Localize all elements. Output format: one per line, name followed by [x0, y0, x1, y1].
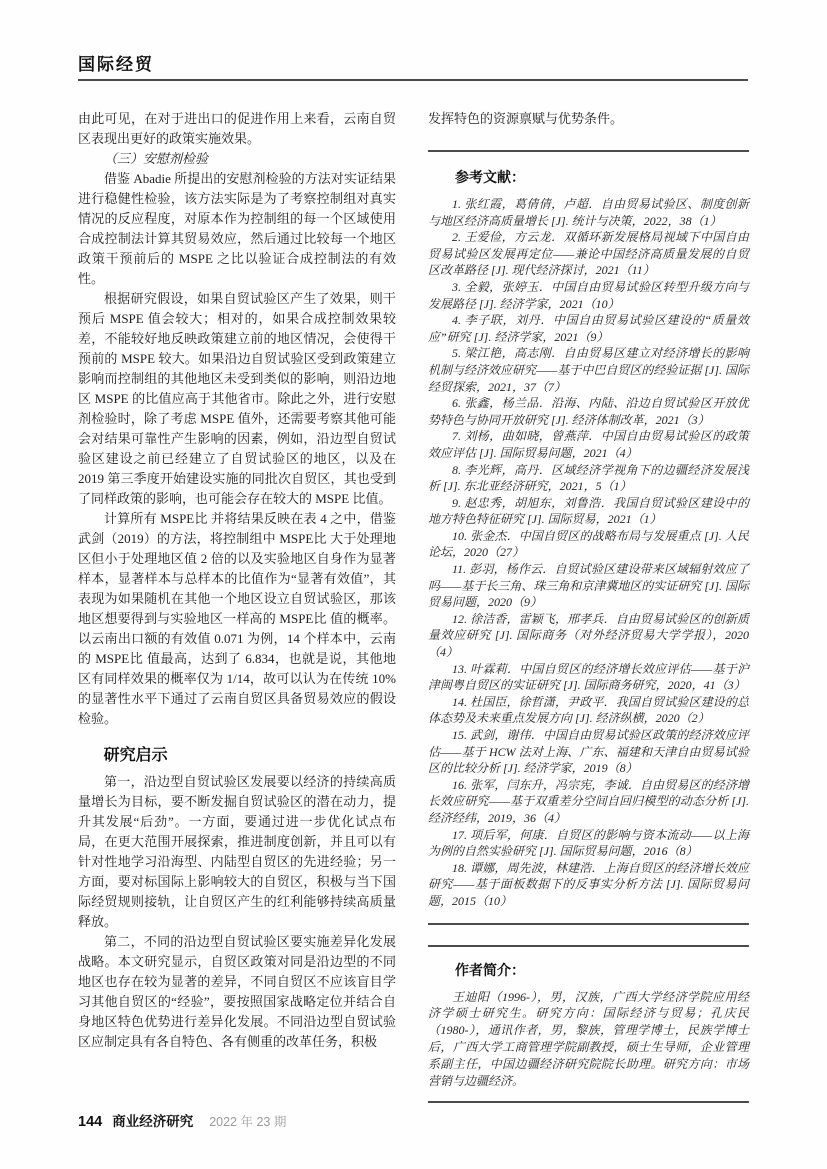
reference-item: 15. 武剑，谢伟．中国自由贸易试验区政策的经济效应评估——基于 HCW 法对上…: [428, 727, 749, 777]
paragraph-intro: 由此可见，在对于进出口的促进作用上来看，云南自贸区表现出更好的政策实施效果。: [78, 109, 396, 149]
reference-item: 11. 彭羽，杨作云．自贸试验区建设带来区域辐射效应了吗——基于长三角、珠三角和…: [428, 561, 749, 611]
issue-info: 2022 年 23 期: [209, 1115, 286, 1129]
reference-item: 14. 杜国臣，徐哲潇，尹政平．我国自贸试验区建设的总体态势及未来重点发展方向 …: [428, 694, 749, 727]
reference-item: 1. 张红霞，葛倩倩，卢超．自由贸易试验区、制度创新与地区经济高质量增长 [J]…: [428, 196, 749, 229]
reference-item: 10. 张金杰．中国自贸区的战略布局与发展重点 [J]. 人民论坛，2020（2…: [428, 528, 749, 561]
paragraph: 计算所有 MSPE比 并将结果反映在表 4 之中，借鉴武剑（2019）的方法，将…: [78, 509, 396, 729]
journal-name: 商业经济研究: [112, 1114, 193, 1129]
author-bio-box: 作者简介： 王迪阳（1996-），男，汉族，广西大学经济学院应用经济学硕士研究生…: [428, 945, 749, 1104]
reference-item: 18. 谭娜，周先波，林建浩．上海自贸区的经济增长效应研究——基于面板数据下的反…: [428, 860, 749, 910]
references-heading: 参考文献：: [455, 167, 749, 187]
section-label: 国际经贸: [78, 50, 154, 75]
reference-item: 16. 张军，闫东升，冯宗宪，李诚．自由贸易区的经济增长效应研究——基于双重差分…: [428, 777, 749, 827]
page-number: 144: [78, 1114, 102, 1130]
header-divider: [78, 79, 748, 81]
reference-item: 13. 叶霖莉．中国自贸区的经济增长效应评估——基于沪津闽粤自贸区的实证研究 […: [428, 661, 749, 694]
reference-item: 12. 徐洁香，雷颖飞，邢孝兵．自由贸易试验区的创新质量效应研究 [J]. 国际…: [428, 611, 749, 661]
reference-item: 4. 李子联，刘丹．中国自由贸易试验区建设的“质量效应”研究 [J]. 经济学家…: [428, 312, 749, 345]
reference-item: 17. 项后军，何康．自贸区的影响与资本流动——以上海为例的自然实验研究 [J]…: [428, 827, 749, 860]
paragraph: 借鉴 Abadie 所提出的安慰剂检验的方法对实证结果进行稳健性检验，该方法实际…: [78, 169, 396, 289]
paragraph: 根据研究假设，如果自贸试验区产生了效果，则干预后 MSPE 值会较大；相对的，如…: [78, 289, 396, 509]
page-footer: 144商业经济研究2022 年 23 期: [78, 1110, 286, 1130]
reference-item: 9. 赵忠秀，胡旭东，刘鲁浩．我国自贸试验区建设中的地方特色特征研究 [J]. …: [428, 495, 749, 528]
journal-page: 国际经贸 由此可见，在对于进出口的促进作用上来看，云南自贸区表现出更好的政策实施…: [0, 0, 827, 1169]
paragraph: 第二，不同的沿边型自贸试验区要实施差异化发展战略。本文研究显示，自贸区政策对同是…: [78, 932, 396, 1052]
subsection-heading: （三）安慰剂检验: [78, 149, 396, 169]
reference-item: 8. 李光辉，高丹．区域经济学视角下的边疆经济发展浅析 [J]. 东北亚经济研究…: [428, 462, 749, 495]
reference-item: 5. 梁江艳，高志刚．自由贸易区建立对经济增长的影响机制与经济效应研究——基于中…: [428, 345, 749, 395]
author-bio-heading: 作者简介：: [455, 960, 749, 980]
paragraph: 第一，沿边型自贸试验区发展要以经济的持续高质量增长为目标，要不断发掘自贸试验区的…: [78, 772, 396, 932]
reference-item: 3. 全毅，张婷玉．中国自由贸易试验区转型升级方向与发展路径 [J]. 经济学家…: [428, 279, 749, 312]
reference-item: 2. 王爱俭，方云龙．双循环新发展格局视域下中国自由贸易试验区发展再定位——兼论…: [428, 229, 749, 279]
references-box: 参考文献： 1. 张红霞，葛倩倩，卢超．自由贸易试验区、制度创新与地区经济高质量…: [428, 150, 749, 925]
section-heading: 研究启示: [78, 742, 396, 765]
left-column: 由此可见，在对于进出口的促进作用上来看，云南自贸区表现出更好的政策实施效果。 （…: [78, 109, 396, 1052]
paragraph-continuation: 发挥特色的资源禀赋与优势条件。: [428, 109, 749, 129]
author-bio-text: 王迪阳（1996-），男，汉族，广西大学经济学院应用经济学硕士研究生。研究方向：…: [428, 989, 749, 1090]
right-column: 发挥特色的资源禀赋与优势条件。 参考文献： 1. 张红霞，葛倩倩，卢超．自由贸易…: [428, 109, 749, 1103]
reference-item: 6. 张鑫，杨兰品．沿海、内陆、沿边自贸试验区开放优势特色与协同开放研究 [J]…: [428, 395, 749, 428]
reference-item: 7. 刘杨，曲如晓，曾燕萍．中国自由贸易试验区的政策效应评估 [J]. 国际贸易…: [428, 428, 749, 461]
